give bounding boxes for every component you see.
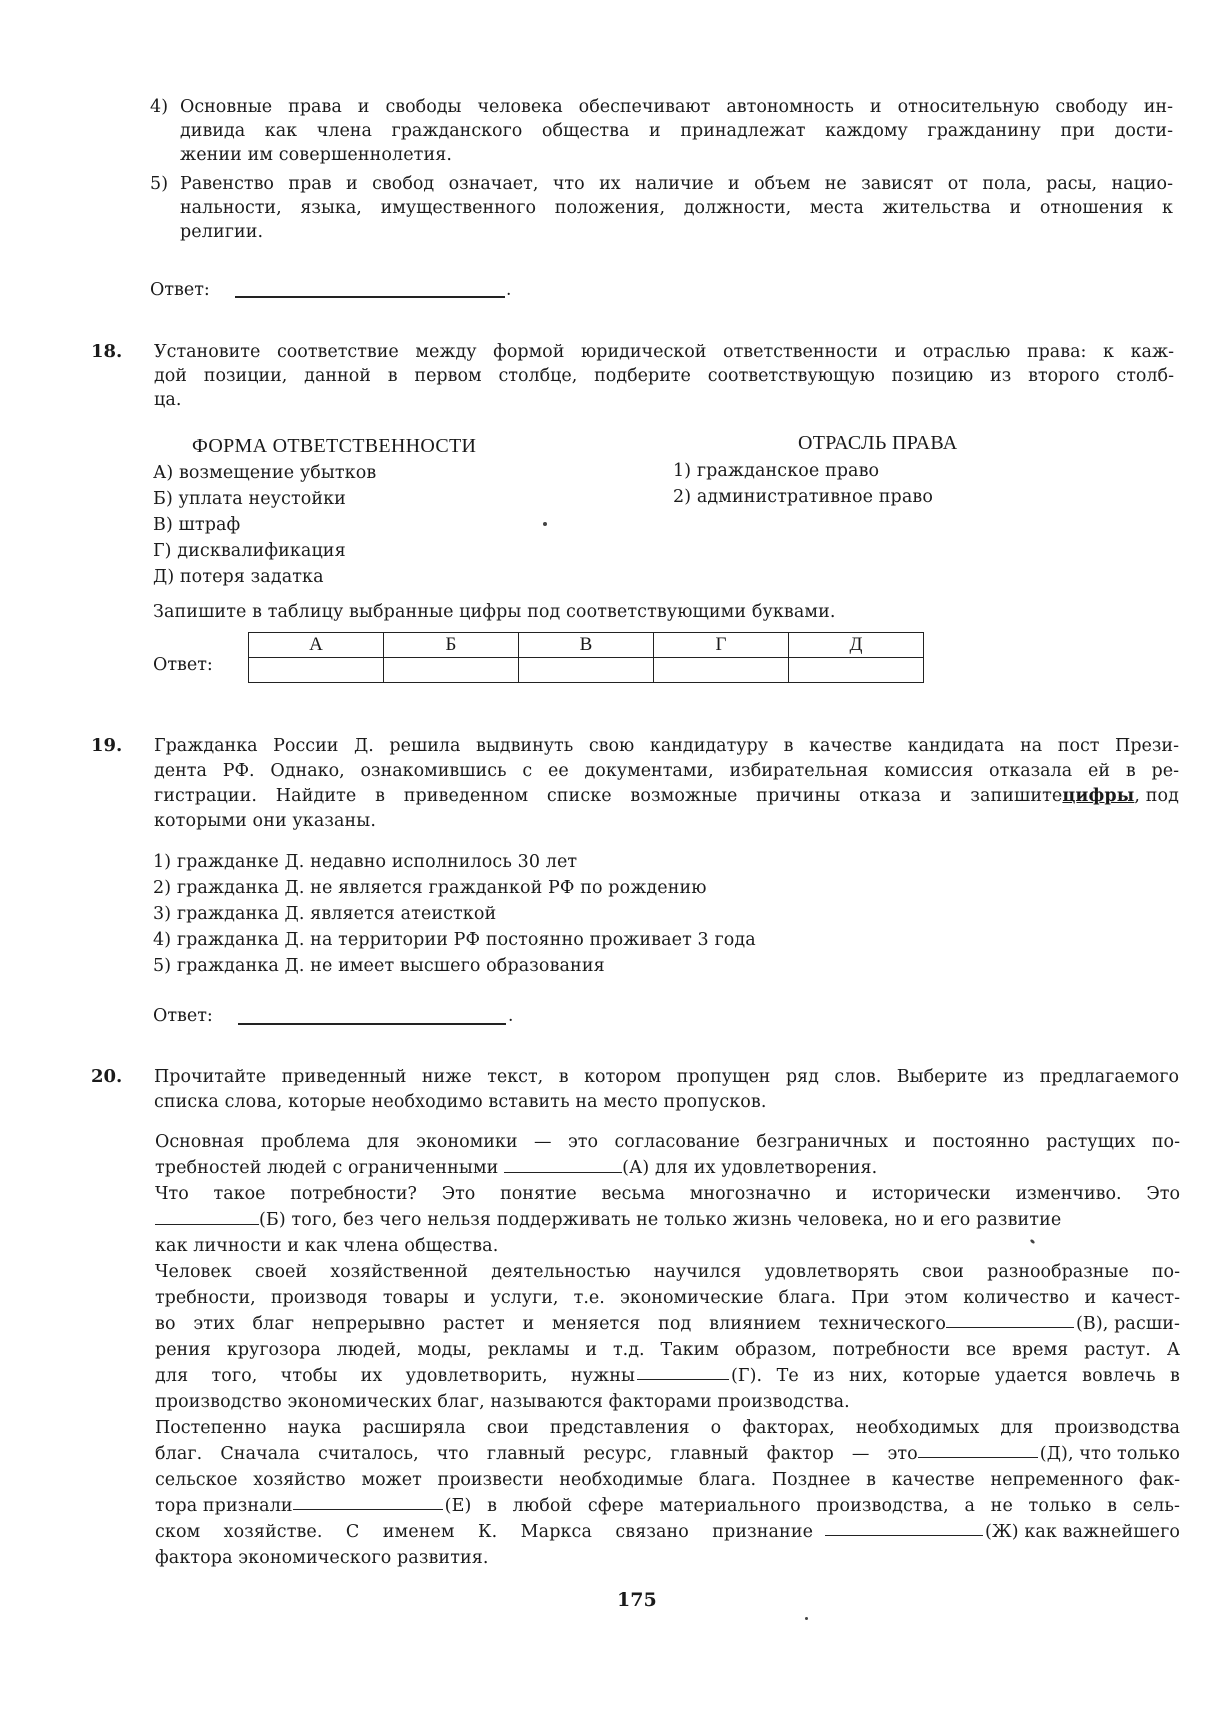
text-segment: (В), расши- (1076, 1312, 1180, 1336)
text-segment: во этих благ непрерывно растет и меняетс… (155, 1312, 946, 1336)
text-line: во этих благ непрерывно растет и меняетс… (155, 1312, 1180, 1336)
text-line: (Б) того, без чего нельзя поддерживать н… (155, 1208, 1061, 1232)
print-speck (543, 522, 547, 526)
option-text: Основные права и свободы человека обеспе… (180, 95, 1173, 119)
table-header-a: А (249, 633, 384, 658)
right-column-header: ОТРАСЛЬ ПРАВА (798, 431, 957, 455)
left-item: Б) уплата неустойки (153, 487, 346, 511)
table-cell-v[interactable] (519, 658, 654, 683)
answer-label: Ответ: (153, 653, 213, 677)
text-line: Человек своей хозяйственной деятельность… (155, 1260, 1180, 1284)
option-text: религии. (180, 220, 263, 244)
question-prompt: которыми они указаны. (154, 809, 376, 833)
question-prompt: списка слова, которые необходимо вставит… (154, 1090, 767, 1114)
text-segment: (Ж) как важнейшего (985, 1520, 1180, 1544)
text-line: как личности и как члена общества. (155, 1234, 498, 1258)
text-segment: (Б) того, без чего нельзя поддерживать н… (259, 1210, 1061, 1230)
text-line: Постепенно наука расширяла свои представ… (155, 1416, 1180, 1440)
period: . (506, 278, 511, 302)
text-line: благ. Сначала считалось, что главный рес… (155, 1442, 1180, 1466)
answer-label: Ответ: (150, 278, 210, 302)
left-item: Г) дисквалификация (153, 539, 346, 563)
left-column-header: ФОРМА ОТВЕТСТВЕННОСТИ (192, 434, 476, 458)
option-item: 3) гражданка Д. является атеисткой (153, 902, 496, 926)
text-line: фактора экономического развития. (155, 1546, 489, 1570)
question-number: 20. (91, 1065, 122, 1089)
question-number: 18. (91, 340, 122, 364)
text-line: для того, чтобы их удовлетворить, нужны … (155, 1364, 1180, 1388)
question-prompt: Установите соответствие между формой юри… (154, 340, 1174, 364)
text-segment: благ. Сначала считалось, что главный рес… (155, 1442, 918, 1466)
left-item: А) возмещение убытков (153, 461, 376, 485)
page-number: 175 (617, 1589, 657, 1611)
blank-b[interactable] (155, 1209, 259, 1225)
text-segment: ском хозяйстве. С именем К. Маркса связа… (155, 1520, 825, 1544)
blank-e[interactable] (293, 1494, 443, 1510)
text-line: требностей людей с ограниченными (А) для… (155, 1156, 877, 1180)
print-speck (1030, 1239, 1036, 1245)
table-cell-b[interactable] (384, 658, 519, 683)
answer-input-line[interactable] (235, 296, 505, 298)
text-line: рения кругозора людей, моды, рекламы и т… (155, 1338, 1180, 1362)
text-segment: для того, чтобы их удовлетворить, нужны (155, 1364, 635, 1388)
option-number: 4) (150, 95, 168, 119)
option-item: 5) гражданка Д. не имеет высшего образов… (153, 954, 605, 978)
option-text: Равенство прав и свобод означает, что их… (180, 172, 1173, 196)
answer-input-line[interactable] (238, 1023, 506, 1025)
table-header-d: Д (789, 633, 924, 658)
blank-g[interactable] (637, 1364, 729, 1380)
table-header-g: Г (654, 633, 789, 658)
emphasized-word: цифры (1062, 784, 1134, 808)
question-prompt: ца. (154, 388, 182, 412)
text-segment: (Г). Те из них, которые удается вовлечь … (731, 1364, 1180, 1388)
question-prompt: дой позиции, данной в первом столбце, по… (154, 364, 1174, 388)
text-line: Основная проблема для экономики — это со… (155, 1130, 1180, 1154)
table-cell-g[interactable] (654, 658, 789, 683)
option-item: 2) гражданка Д. не является гражданкой Р… (153, 876, 707, 900)
text-line: тора признали (Е) в любой сфере материал… (155, 1494, 1180, 1518)
table-cell-a[interactable] (249, 658, 384, 683)
table-header-v: В (519, 633, 654, 658)
option-text: дивида как члена гражданского общества и… (180, 119, 1173, 143)
print-speck (805, 1617, 808, 1620)
table-header-b: Б (384, 633, 519, 658)
answer-table: А Б В Г Д (248, 632, 924, 683)
question-prompt-line: гистрации. Найдите в приведенном списке … (154, 784, 1179, 808)
text-segment: (А) для их удовлетворения. (622, 1158, 877, 1178)
option-text: нальности, языка, имущественного положен… (180, 196, 1173, 220)
left-item: В) штраф (153, 513, 240, 537)
text-line: ском хозяйстве. С именем К. Маркса связа… (155, 1520, 1180, 1544)
text-segment: требностей людей с ограниченными (155, 1158, 504, 1178)
right-item: 1) гражданское право (673, 459, 879, 483)
table-cell-d[interactable] (789, 658, 924, 683)
text-segment: (Е) в любой сфере материального производ… (445, 1494, 1180, 1518)
question-number: 19. (91, 734, 122, 758)
blank-d[interactable] (918, 1442, 1038, 1458)
period: . (508, 1004, 513, 1028)
text-line: требности, производя товары и услуги, т.… (155, 1286, 1180, 1310)
text-line: сельское хозяйство может произвести необ… (155, 1468, 1180, 1492)
left-item: Д) потеря задатка (153, 565, 324, 589)
question-prompt: Гражданка России Д. решила выдвинуть сво… (154, 734, 1179, 758)
question-prompt: дента РФ. Однако, ознакомившись с ее док… (154, 759, 1179, 783)
blank-zh[interactable] (825, 1520, 983, 1536)
text-line: производство экономических благ, называю… (155, 1390, 850, 1414)
answer-label: Ответ: (153, 1004, 213, 1028)
option-text: жении им совершеннолетия. (180, 143, 452, 167)
question-prompt: Прочитайте приведенный ниже текст, в кот… (154, 1065, 1179, 1089)
prompt-text: гистрации. Найдите в приведенном списке … (154, 784, 1062, 808)
blank-a[interactable] (504, 1157, 622, 1173)
prompt-text: , под (1134, 784, 1179, 808)
option-item: 1) гражданке Д. недавно исполнилось 30 л… (153, 850, 577, 874)
table-instruction: Запишите в таблицу выбранные цифры под с… (153, 600, 836, 624)
blank-v[interactable] (946, 1312, 1074, 1328)
text-line: Что такое потребности? Это понятие весьм… (155, 1182, 1180, 1206)
text-segment: тора признали (155, 1494, 293, 1518)
option-item: 4) гражданка Д. на территории РФ постоян… (153, 928, 756, 952)
right-item: 2) административное право (673, 485, 933, 509)
option-number: 5) (150, 172, 168, 196)
text-segment: (Д), что только (1040, 1442, 1180, 1466)
